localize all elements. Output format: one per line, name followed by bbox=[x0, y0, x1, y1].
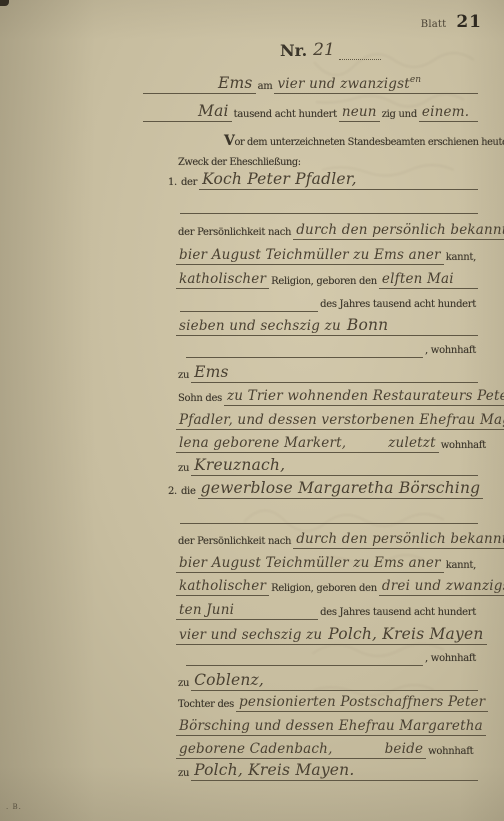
groom-birthday-handwritten: elften Mai bbox=[379, 271, 478, 289]
groom-parents-residence-handwritten: Kreuznach, bbox=[191, 456, 288, 476]
rule-fill bbox=[339, 54, 381, 60]
year-printed-label: tausend acht hundert bbox=[232, 109, 339, 122]
rule-fill bbox=[143, 114, 195, 122]
bride-pers-handwritten-2: bier August Teichmüller zu Ems aner bbox=[176, 555, 444, 573]
blank-rule-row bbox=[180, 500, 478, 524]
day-handwritten: vier und zwanzigsten bbox=[274, 75, 478, 94]
groom-pers-handwritten-2: bier August Teichmüller zu Ems aner bbox=[176, 247, 444, 265]
bride-religion-handwritten: katholischer bbox=[176, 578, 269, 596]
groom-parents-residence-row: zu Kreuznach, bbox=[176, 452, 478, 476]
groom-pers-label: der Persönlichkeit nach bbox=[176, 227, 293, 240]
day-superscript: en bbox=[410, 75, 421, 85]
bride-die-label: die bbox=[179, 486, 198, 499]
scanned-marriage-record: { "header": { "blatt_label": "Blatt", "b… bbox=[0, 0, 504, 821]
bride-parents-residence-handwritten: Polch, Kreis Mayen. bbox=[191, 761, 357, 781]
rule-fill bbox=[186, 350, 423, 358]
groom-sohn-label: Sohn des bbox=[176, 393, 224, 406]
margin-print-mark: . B. bbox=[6, 803, 22, 811]
bride-identification-row2: bier August Teichmüller zu Ems aner kann… bbox=[176, 549, 478, 573]
bride-identification-row: der Persönlichkeit nach durch den persön… bbox=[176, 525, 478, 549]
blatt-number: 21 bbox=[456, 12, 482, 32]
nr-value-handwritten: 21 bbox=[311, 40, 339, 60]
bride-name-row: 2. die gewerblose Margaretha Börsching bbox=[166, 475, 478, 499]
bride-pers-label: der Persönlichkeit nach bbox=[176, 536, 293, 549]
groom-zuletzt-handwritten: zuletzt bbox=[385, 435, 438, 453]
record-number: Nr. 21 bbox=[280, 34, 381, 60]
document-sheet: Blatt 21 Nr. 21 Ems am vier und zwanzigs… bbox=[0, 0, 504, 821]
groom-der-label: der bbox=[179, 177, 199, 190]
bride-year-row: ten Juni des Jahres tausend acht hundert bbox=[176, 596, 478, 620]
bride-parents-row2: Börsching und dessen Ehefrau Margaretha bbox=[176, 712, 478, 736]
bride-parents-handwritten-2: Börsching und dessen Ehefrau Margaretha bbox=[176, 718, 486, 736]
dateline-year-row: Mai tausend acht hundert neun zig und ei… bbox=[143, 98, 478, 122]
intro-paragraph-line1: Vor dem unterzeichneten Standesbeamten e… bbox=[222, 133, 478, 151]
groom-pers-handwritten-1: durch den persönlich bekannten Bar- bbox=[293, 222, 504, 240]
day-text: vier und zwanzigst bbox=[277, 76, 409, 92]
bride-tochter-label: Tochter des bbox=[176, 699, 236, 712]
groom-name-row: 1. der Koch Peter Pfadler, bbox=[166, 166, 478, 190]
bride-birthday2-handwritten: ten Juni bbox=[176, 602, 237, 620]
sheet-number-header: Blatt 21 bbox=[421, 12, 482, 32]
bride-parents-row1: Tochter des pensionierten Postschaffners… bbox=[176, 688, 478, 712]
groom-parents-handwritten-2: Pfadler, und dessen verstorbenen Ehefrau… bbox=[176, 412, 504, 430]
groom-identification-row: der Persönlichkeit nach durch den persön… bbox=[176, 216, 478, 240]
bride-parents-residence-row: zu Polch, Kreis Mayen. bbox=[176, 757, 478, 781]
nr-label: Nr. bbox=[280, 41, 311, 60]
bride-number: 2. bbox=[166, 486, 179, 499]
am-label: am bbox=[256, 81, 275, 94]
intro-text-1: Vor dem unterzeichneten Standesbeamten e… bbox=[222, 133, 504, 151]
groom-year-row: des Jahres tausend acht hundert bbox=[180, 288, 478, 312]
bride-parents-row3: geborene Cadenbach, beide wohnhaft bbox=[176, 735, 478, 759]
groom-residence-handwritten: Ems bbox=[191, 363, 232, 383]
blatt-label: Blatt bbox=[421, 19, 447, 30]
bride-zu2-label: zu bbox=[176, 768, 191, 781]
groom-parents-row1: Sohn des zu Trier wohnenden Restaurateur… bbox=[176, 382, 478, 406]
bride-wohnhaft-row: , wohnhaft bbox=[186, 642, 478, 666]
bride-parents-handwritten-1: pensionierten Postschaffners Peter bbox=[236, 694, 488, 712]
page-edge-speck bbox=[0, 0, 9, 6]
groom-number: 1. bbox=[166, 177, 179, 190]
rule-fill bbox=[357, 773, 478, 781]
year-decade-handwritten: neun bbox=[339, 104, 380, 122]
groom-name-handwritten: Koch Peter Pfadler, bbox=[199, 170, 360, 190]
zig-und-label: zig und bbox=[380, 109, 419, 122]
groom-parents-row2: Pfadler, und dessen verstorbenen Ehefrau… bbox=[176, 406, 478, 430]
bride-wohnhaft-label: , wohnhaft bbox=[423, 653, 478, 666]
groom-residence-row: zu Ems bbox=[176, 359, 478, 383]
rule-fill bbox=[360, 182, 478, 190]
groom-parents-handwritten-3: lena geborene Markert, bbox=[176, 435, 349, 453]
rule-fill bbox=[237, 612, 318, 620]
bride-birthday-handwritten: drei und zwanzigs- bbox=[379, 578, 504, 596]
bride-name-handwritten: gewerblose Margaretha Börsching bbox=[198, 479, 484, 499]
rule-fill bbox=[180, 206, 478, 214]
place-handwritten: Ems bbox=[215, 74, 256, 94]
bride-religion-label: Religion, geboren den bbox=[269, 583, 379, 596]
groom-birthyear-row: sieben und sechszig zu Bonn bbox=[176, 312, 478, 336]
blank-rule-row bbox=[180, 190, 478, 214]
groom-religion-handwritten: katholischer bbox=[176, 271, 269, 289]
rule-fill bbox=[180, 304, 318, 312]
groom-year-label: des Jahres tausend acht hundert bbox=[318, 299, 478, 312]
bride-pers-handwritten-1: durch den persönlich bekannten Bar- bbox=[293, 531, 504, 549]
groom-kannt-label: kannt, bbox=[444, 252, 478, 265]
groom-religion-row: katholischer Religion, geboren den elfte… bbox=[176, 265, 478, 289]
year-unit-handwritten: einem. bbox=[419, 104, 478, 122]
dateline-place-row: Ems am vier und zwanzigsten bbox=[143, 70, 478, 94]
bride-religion-row: katholischer Religion, geboren den drei … bbox=[176, 572, 478, 596]
month-handwritten: Mai bbox=[195, 102, 232, 122]
rule-fill bbox=[180, 516, 478, 524]
groom-identification-row2: bier August Teichmüller zu Ems aner kann… bbox=[176, 241, 478, 265]
rule-fill bbox=[143, 86, 215, 94]
groom-parents-row3: lena geborene Markert, zuletzt wohnhaft bbox=[176, 429, 478, 453]
groom-parents-handwritten-1: zu Trier wohnenden Restaurateurs Peter bbox=[224, 388, 504, 406]
rule-fill bbox=[186, 658, 423, 666]
groom-wohnhaft-label: , wohnhaft bbox=[423, 345, 478, 358]
groom-birthplace-handwritten: Bonn bbox=[344, 316, 392, 336]
groom-wohnhaft-row: , wohnhaft bbox=[186, 334, 478, 358]
bride-year-label: des Jahres tausend acht hundert bbox=[318, 607, 478, 620]
